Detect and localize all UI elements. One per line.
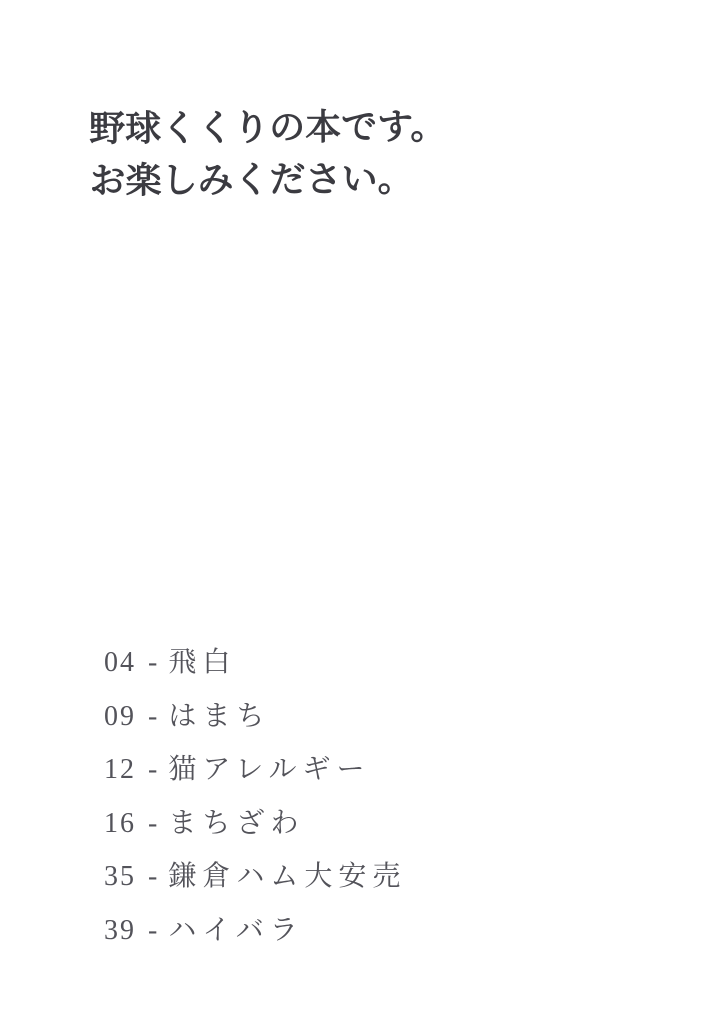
toc-page-number: 16 bbox=[104, 808, 138, 840]
toc-title: ハイバラ bbox=[168, 908, 303, 948]
toc-separator: - bbox=[148, 754, 157, 786]
toc-separator: - bbox=[148, 701, 157, 733]
toc-entry: 35 - 鎌倉ハム大安売 bbox=[104, 854, 406, 884]
intro-line-1: 野球くくりの本です。 bbox=[89, 102, 446, 156]
toc-separator: - bbox=[148, 647, 157, 679]
intro-line-2: お楽しみください。 bbox=[89, 154, 446, 208]
toc-title: 猫アレルギー bbox=[168, 747, 370, 787]
toc-page-number: 04 bbox=[104, 647, 138, 679]
toc-title: はまち bbox=[168, 694, 270, 734]
toc-separator: - bbox=[148, 861, 157, 893]
toc-page-number: 12 bbox=[104, 754, 138, 786]
toc-entry: 09 - はまち bbox=[104, 694, 406, 724]
toc-entry: 16 - まちざわ bbox=[104, 801, 406, 831]
handwritten-intro-note: 野球くくりの本です。 お楽しみください。 bbox=[89, 102, 447, 208]
toc-entry: 04 - 飛白 bbox=[104, 640, 406, 670]
toc-page-number: 35 bbox=[104, 861, 138, 893]
toc-title: まちざわ bbox=[168, 801, 304, 841]
toc-entry: 12 - 猫アレルギー bbox=[104, 747, 406, 777]
toc-title: 鎌倉ハム大安売 bbox=[168, 854, 406, 894]
toc-page-number: 09 bbox=[104, 701, 138, 733]
toc-separator: - bbox=[148, 915, 157, 947]
table-of-contents: 04 - 飛白 09 - はまち 12 - 猫アレルギー 16 - まちざわ 3… bbox=[104, 640, 406, 961]
toc-page-number: 39 bbox=[104, 915, 138, 947]
book-page: 野球くくりの本です。 お楽しみください。 04 - 飛白 09 - はまち 12… bbox=[0, 0, 722, 1024]
toc-separator: - bbox=[148, 808, 157, 840]
toc-entry: 39 - ハイバラ bbox=[104, 908, 406, 938]
toc-title: 飛白 bbox=[168, 640, 236, 680]
